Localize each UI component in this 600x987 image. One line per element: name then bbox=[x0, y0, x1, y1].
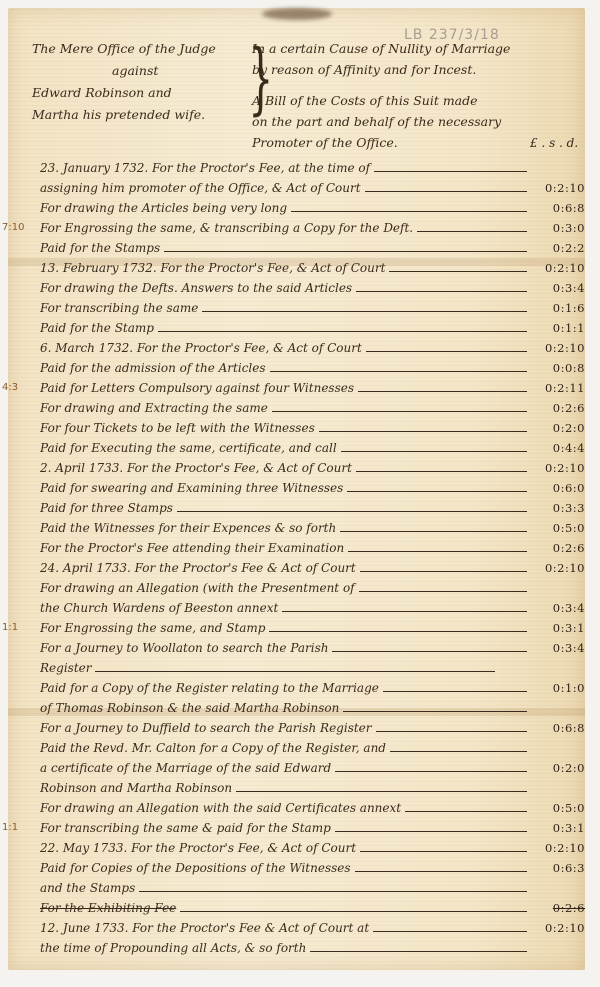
leader-line bbox=[365, 181, 527, 192]
entry-amount: 0:2:10 bbox=[527, 838, 585, 858]
leader-line bbox=[374, 161, 527, 172]
entry-text: and the Stamps bbox=[40, 881, 135, 895]
leader-line bbox=[355, 861, 527, 872]
leader-line bbox=[405, 801, 527, 812]
entry-description: Paid for the Stamps bbox=[40, 238, 527, 258]
entry-text: of Thomas Robinson & the said Martha Rob… bbox=[40, 701, 339, 715]
entry-text: For Engrossing the same, & transcribing … bbox=[40, 221, 413, 235]
cause-line-2: by reason of Affinity and for Incest. bbox=[252, 59, 582, 80]
entry-amount: 0:6:3 bbox=[527, 858, 585, 878]
entry-amount: 0:2:0 bbox=[527, 418, 585, 438]
cost-entry-row: 24. April 1733. For the Proctor's Fee & … bbox=[40, 558, 585, 578]
cost-entry-row: For drawing and Extracting the same0:2:6 bbox=[40, 398, 585, 418]
leader-line bbox=[356, 281, 527, 292]
margin-note: 1:1 bbox=[2, 818, 18, 838]
cost-entry-row: Register bbox=[40, 658, 585, 678]
cost-entry-row: For a Journey to Woollaton to search the… bbox=[40, 638, 585, 658]
entry-amount: 0:1:0 bbox=[527, 678, 585, 698]
cost-entry-row: Paid for Executing the same, certificate… bbox=[40, 438, 585, 458]
entry-description: 24. April 1733. For the Proctor's Fee & … bbox=[40, 558, 527, 578]
cost-entry-row: For drawing the Defts. Answers to the sa… bbox=[40, 278, 585, 298]
entry-text: 6. March 1732. For the Proctor's Fee, & … bbox=[40, 341, 362, 355]
entry-text: For four Tickets to be left with the Wit… bbox=[40, 421, 315, 435]
cost-entry-row: For transcribing the same0:1:6 bbox=[40, 298, 585, 318]
entry-description: 2. April 1733. For the Proctor's Fee, & … bbox=[40, 458, 527, 478]
cost-entry-row: 7:10For Engrossing the same, & transcrib… bbox=[40, 218, 585, 238]
leader-line bbox=[417, 221, 527, 232]
entry-text: Paid for the admission of the Articles bbox=[40, 361, 266, 375]
bill-line-1: A Bill of the Costs of this Suit made bbox=[252, 90, 582, 111]
leader-line bbox=[332, 641, 527, 652]
entry-amount: 0:2:6 bbox=[527, 898, 585, 918]
leader-line bbox=[341, 441, 527, 452]
entry-amount: 0:2:10 bbox=[527, 338, 585, 358]
entry-description: For the Proctor's Fee attending their Ex… bbox=[40, 538, 527, 558]
case-defendant-2: Martha his pretended wife. bbox=[32, 104, 242, 126]
entry-amount: 0:2:6 bbox=[527, 398, 585, 418]
entry-text: 12. June 1733. For the Proctor's Fee & A… bbox=[40, 921, 369, 935]
cost-entry-row: Paid the Witnesses for their Expences & … bbox=[40, 518, 585, 538]
leader-line bbox=[373, 921, 527, 932]
entry-text: the time of Propounding all Acts, & so f… bbox=[40, 941, 306, 955]
entry-description: of Thomas Robinson & the said Martha Rob… bbox=[40, 698, 527, 718]
entry-amount: 0:2:0 bbox=[527, 758, 585, 778]
entry-amount: 0:2:10 bbox=[527, 178, 585, 198]
bill-line-2: on the part and behalf of the necessary bbox=[252, 111, 582, 132]
cost-entries-list: 23. January 1732. For the Proctor's Fee,… bbox=[40, 158, 585, 958]
entry-text: a certificate of the Marriage of the sai… bbox=[40, 761, 331, 775]
entry-amount: 0:2:2 bbox=[527, 238, 585, 258]
entry-description: For a Journey to Woollaton to search the… bbox=[40, 638, 527, 658]
case-defendant-1: Edward Robinson and bbox=[32, 82, 242, 104]
entry-text: Paid for Copies of the Depositions of th… bbox=[40, 861, 351, 875]
entry-description: 12. June 1733. For the Proctor's Fee & A… bbox=[40, 918, 527, 938]
entry-text: Paid for the Stamp bbox=[40, 321, 154, 335]
entry-text: 2. April 1733. For the Proctor's Fee, & … bbox=[40, 461, 352, 475]
entry-description: For drawing an Allegation (with the Pres… bbox=[40, 578, 527, 598]
cost-entry-row: Paid for the Stamp0:1:1 bbox=[40, 318, 585, 338]
leader-line bbox=[158, 321, 527, 332]
entry-text: Paid for Executing the same, certificate… bbox=[40, 441, 337, 455]
entry-text: For drawing and Extracting the same bbox=[40, 401, 268, 415]
entry-text: For transcribing the same & paid for the… bbox=[40, 821, 331, 835]
cost-entry-row: 12. June 1733. For the Proctor's Fee & A… bbox=[40, 918, 585, 938]
cost-entry-row: Paid for Copies of the Depositions of th… bbox=[40, 858, 585, 878]
cost-entry-row: For a Journey to Duffield to search the … bbox=[40, 718, 585, 738]
cost-entry-row: 1:1For Engrossing the same, and Stamp0:3… bbox=[40, 618, 585, 638]
leader-line bbox=[180, 901, 527, 912]
leader-line bbox=[282, 601, 527, 612]
entry-description: For the Exhibiting Fee bbox=[40, 898, 527, 918]
cost-entry-row: assigning him promoter of the Office, & … bbox=[40, 178, 585, 198]
leader-line bbox=[359, 581, 527, 592]
entry-description: Paid for a Copy of the Register relating… bbox=[40, 678, 527, 698]
cost-entry-row: Robinson and Martha Robinson bbox=[40, 778, 585, 798]
cost-entry-row: 13. February 1732. For the Proctor's Fee… bbox=[40, 258, 585, 278]
margin-note: 4:3 bbox=[2, 378, 18, 398]
leader-line bbox=[95, 661, 495, 672]
entry-description: 6. March 1732. For the Proctor's Fee, & … bbox=[40, 338, 527, 358]
cost-entry-row: For the Exhibiting Fee0:2:6 bbox=[40, 898, 585, 918]
leader-line bbox=[310, 941, 527, 952]
leader-line bbox=[390, 741, 527, 752]
entry-description: 13. February 1732. For the Proctor's Fee… bbox=[40, 258, 527, 278]
entry-text: For drawing an Allegation (with the Pres… bbox=[40, 581, 355, 595]
entry-amount: 0:6:0 bbox=[527, 478, 585, 498]
case-plaintiff: The Mere Office of the Judge bbox=[32, 38, 242, 60]
cost-entry-row: Paid for swearing and Examining three Wi… bbox=[40, 478, 585, 498]
leader-line bbox=[343, 701, 527, 712]
leader-line bbox=[376, 721, 527, 732]
entry-description: Register bbox=[40, 658, 527, 678]
leader-line bbox=[270, 361, 527, 372]
entry-text: Paid the Witnesses for their Expences & … bbox=[40, 521, 336, 535]
entry-amount: 0:2:11 bbox=[527, 378, 585, 398]
cost-entry-row: 2. April 1733. For the Proctor's Fee, & … bbox=[40, 458, 585, 478]
entry-description: the Church Wardens of Beeston annext bbox=[40, 598, 527, 618]
cost-entry-row: 23. January 1732. For the Proctor's Fee,… bbox=[40, 158, 585, 178]
entry-text: Register bbox=[40, 661, 91, 675]
ink-stain bbox=[262, 8, 332, 20]
entry-text: Robinson and Martha Robinson bbox=[40, 781, 232, 795]
entry-description: assigning him promoter of the Office, & … bbox=[40, 178, 527, 198]
entry-description: For transcribing the same bbox=[40, 298, 527, 318]
entry-description: For drawing the Articles being very long bbox=[40, 198, 527, 218]
leader-line bbox=[139, 881, 527, 892]
entry-description: 23. January 1732. For the Proctor's Fee,… bbox=[40, 158, 527, 178]
entry-description: a certificate of the Marriage of the sai… bbox=[40, 758, 527, 778]
entry-text: For the Proctor's Fee attending their Ex… bbox=[40, 541, 344, 555]
cost-entry-row: Paid for the Stamps0:2:2 bbox=[40, 238, 585, 258]
cost-entry-row: the time of Propounding all Acts, & so f… bbox=[40, 938, 585, 958]
entry-description: Paid for Executing the same, certificate… bbox=[40, 438, 527, 458]
entry-text: 24. April 1733. For the Proctor's Fee & … bbox=[40, 561, 356, 575]
case-against: against bbox=[32, 60, 242, 82]
entry-amount: 0:4:4 bbox=[527, 438, 585, 458]
entry-description: Robinson and Martha Robinson bbox=[40, 778, 527, 798]
cost-entry-row: 4:3Paid for Letters Compulsory against f… bbox=[40, 378, 585, 398]
entry-description: For Engrossing the same, & transcribing … bbox=[40, 218, 527, 238]
entry-description: For Engrossing the same, and Stamp bbox=[40, 618, 527, 638]
margin-note: 1:1 bbox=[2, 618, 18, 638]
entry-description: For drawing and Extracting the same bbox=[40, 398, 527, 418]
leader-line bbox=[319, 421, 527, 432]
entry-description: For drawing the Defts. Answers to the sa… bbox=[40, 278, 527, 298]
leader-line bbox=[383, 681, 527, 692]
entry-description: For transcribing the same & paid for the… bbox=[40, 818, 527, 838]
leader-line bbox=[347, 481, 527, 492]
entry-amount: 0:3:3 bbox=[527, 498, 585, 518]
entry-text: 23. January 1732. For the Proctor's Fee,… bbox=[40, 161, 370, 175]
leader-line bbox=[335, 821, 527, 832]
cost-entry-row: For drawing the Articles being very long… bbox=[40, 198, 585, 218]
leader-line bbox=[269, 621, 527, 632]
entry-amount: 0:2:10 bbox=[527, 458, 585, 478]
cost-entry-row: For drawing an Allegation (with the Pres… bbox=[40, 578, 585, 598]
entry-amount: 0:3:1 bbox=[527, 618, 585, 638]
entry-description: Paid for three Stamps bbox=[40, 498, 527, 518]
entry-text: the Church Wardens of Beeston annext bbox=[40, 601, 278, 615]
cause-line-1: In a certain Cause of Nullity of Marriag… bbox=[252, 38, 582, 59]
entry-text: 13. February 1732. For the Proctor's Fee… bbox=[40, 261, 385, 275]
entry-amount: 0:2:10 bbox=[527, 258, 585, 278]
entry-text: Paid for swearing and Examining three Wi… bbox=[40, 481, 343, 495]
entry-text: Paid for a Copy of the Register relating… bbox=[40, 681, 379, 695]
entry-amount: 0:1:6 bbox=[527, 298, 585, 318]
entry-description: Paid for the admission of the Articles bbox=[40, 358, 527, 378]
entry-description: Paid the Witnesses for their Expences & … bbox=[40, 518, 527, 538]
leader-line bbox=[236, 781, 527, 792]
leader-line bbox=[366, 341, 527, 352]
cost-entry-row: Paid for three Stamps0:3:3 bbox=[40, 498, 585, 518]
leader-line bbox=[177, 501, 527, 512]
entry-text: For the Exhibiting Fee bbox=[40, 901, 176, 915]
entry-description: Paid for swearing and Examining three Wi… bbox=[40, 478, 527, 498]
entry-description: the time of Propounding all Acts, & so f… bbox=[40, 938, 527, 958]
cost-entry-row: 1:1For transcribing the same & paid for … bbox=[40, 818, 585, 838]
entry-text: For a Journey to Woollaton to search the… bbox=[40, 641, 328, 655]
leader-line bbox=[202, 301, 527, 312]
cost-entry-row: the Church Wardens of Beeston annext0:3:… bbox=[40, 598, 585, 618]
entry-amount: 0:3:4 bbox=[527, 598, 585, 618]
cost-entry-row: Paid for the admission of the Articles0:… bbox=[40, 358, 585, 378]
leader-line bbox=[356, 461, 527, 472]
cost-entry-row: Paid the Revd. Mr. Calton for a Copy of … bbox=[40, 738, 585, 758]
entry-text: Paid the Revd. Mr. Calton for a Copy of … bbox=[40, 741, 386, 755]
entry-text: For a Journey to Duffield to search the … bbox=[40, 721, 372, 735]
entry-description: Paid for Copies of the Depositions of th… bbox=[40, 858, 527, 878]
entry-amount: 0:3:0 bbox=[527, 218, 585, 238]
entry-description: 22. May 1733. For the Proctor's Fee, & A… bbox=[40, 838, 527, 858]
entry-text: For drawing the Articles being very long bbox=[40, 201, 287, 215]
leader-line bbox=[389, 261, 527, 272]
entry-text: For drawing the Defts. Answers to the sa… bbox=[40, 281, 352, 295]
entry-description: Paid the Revd. Mr. Calton for a Copy of … bbox=[40, 738, 527, 758]
entry-text: For drawing an Allegation with the said … bbox=[40, 801, 401, 815]
entry-amount: 0:0:8 bbox=[527, 358, 585, 378]
entry-amount: 0:6:8 bbox=[527, 718, 585, 738]
cost-entry-row: of Thomas Robinson & the said Martha Rob… bbox=[40, 698, 585, 718]
leader-line bbox=[358, 381, 527, 392]
leader-line bbox=[291, 201, 527, 212]
currency-header: £ . s . d. bbox=[530, 136, 578, 150]
entry-amount: 0:2:10 bbox=[527, 558, 585, 578]
entry-text: Paid for the Stamps bbox=[40, 241, 160, 255]
entry-amount: 0:6:8 bbox=[527, 198, 585, 218]
leader-line bbox=[164, 241, 527, 252]
entry-description: For a Journey to Duffield to search the … bbox=[40, 718, 527, 738]
leader-line bbox=[348, 541, 527, 552]
leader-line bbox=[340, 521, 527, 532]
cost-entry-row: For four Tickets to be left with the Wit… bbox=[40, 418, 585, 438]
cost-entry-row: For drawing an Allegation with the said … bbox=[40, 798, 585, 818]
entry-amount: 0:2:10 bbox=[527, 918, 585, 938]
entry-description: For drawing an Allegation with the said … bbox=[40, 798, 527, 818]
entry-amount: 0:3:4 bbox=[527, 278, 585, 298]
margin-note: 7:10 bbox=[2, 218, 24, 238]
entry-description: Paid for the Stamp bbox=[40, 318, 527, 338]
entry-text: Paid for three Stamps bbox=[40, 501, 173, 515]
leader-line bbox=[360, 561, 527, 572]
entry-amount: 0:3:4 bbox=[527, 638, 585, 658]
entry-text: Paid for Letters Compulsory against four… bbox=[40, 381, 354, 395]
entry-amount: 0:2:6 bbox=[527, 538, 585, 558]
cost-entry-row: 22. May 1733. For the Proctor's Fee, & A… bbox=[40, 838, 585, 858]
leader-line bbox=[272, 401, 527, 412]
entry-amount: 0:3:1 bbox=[527, 818, 585, 838]
cost-entry-row: and the Stamps bbox=[40, 878, 585, 898]
case-parties: The Mere Office of the Judge against Edw… bbox=[32, 38, 242, 126]
entry-description: Paid for Letters Compulsory against four… bbox=[40, 378, 527, 398]
entry-description: and the Stamps bbox=[40, 878, 527, 898]
cost-entry-row: a certificate of the Marriage of the sai… bbox=[40, 758, 585, 778]
entry-amount: 0:5:0 bbox=[527, 798, 585, 818]
entry-amount: 0:1:1 bbox=[527, 318, 585, 338]
leader-line bbox=[335, 761, 527, 772]
entry-text: For Engrossing the same, and Stamp bbox=[40, 621, 265, 635]
entry-amount: 0:5:0 bbox=[527, 518, 585, 538]
entry-text: For transcribing the same bbox=[40, 301, 198, 315]
entry-description: For four Tickets to be left with the Wit… bbox=[40, 418, 527, 438]
cost-entry-row: Paid for a Copy of the Register relating… bbox=[40, 678, 585, 698]
leader-line bbox=[360, 841, 527, 852]
entry-text: 22. May 1733. For the Proctor's Fee, & A… bbox=[40, 841, 356, 855]
entry-text: assigning him promoter of the Office, & … bbox=[40, 181, 361, 195]
cost-entry-row: For the Proctor's Fee attending their Ex… bbox=[40, 538, 585, 558]
cost-entry-row: 6. March 1732. For the Proctor's Fee, & … bbox=[40, 338, 585, 358]
